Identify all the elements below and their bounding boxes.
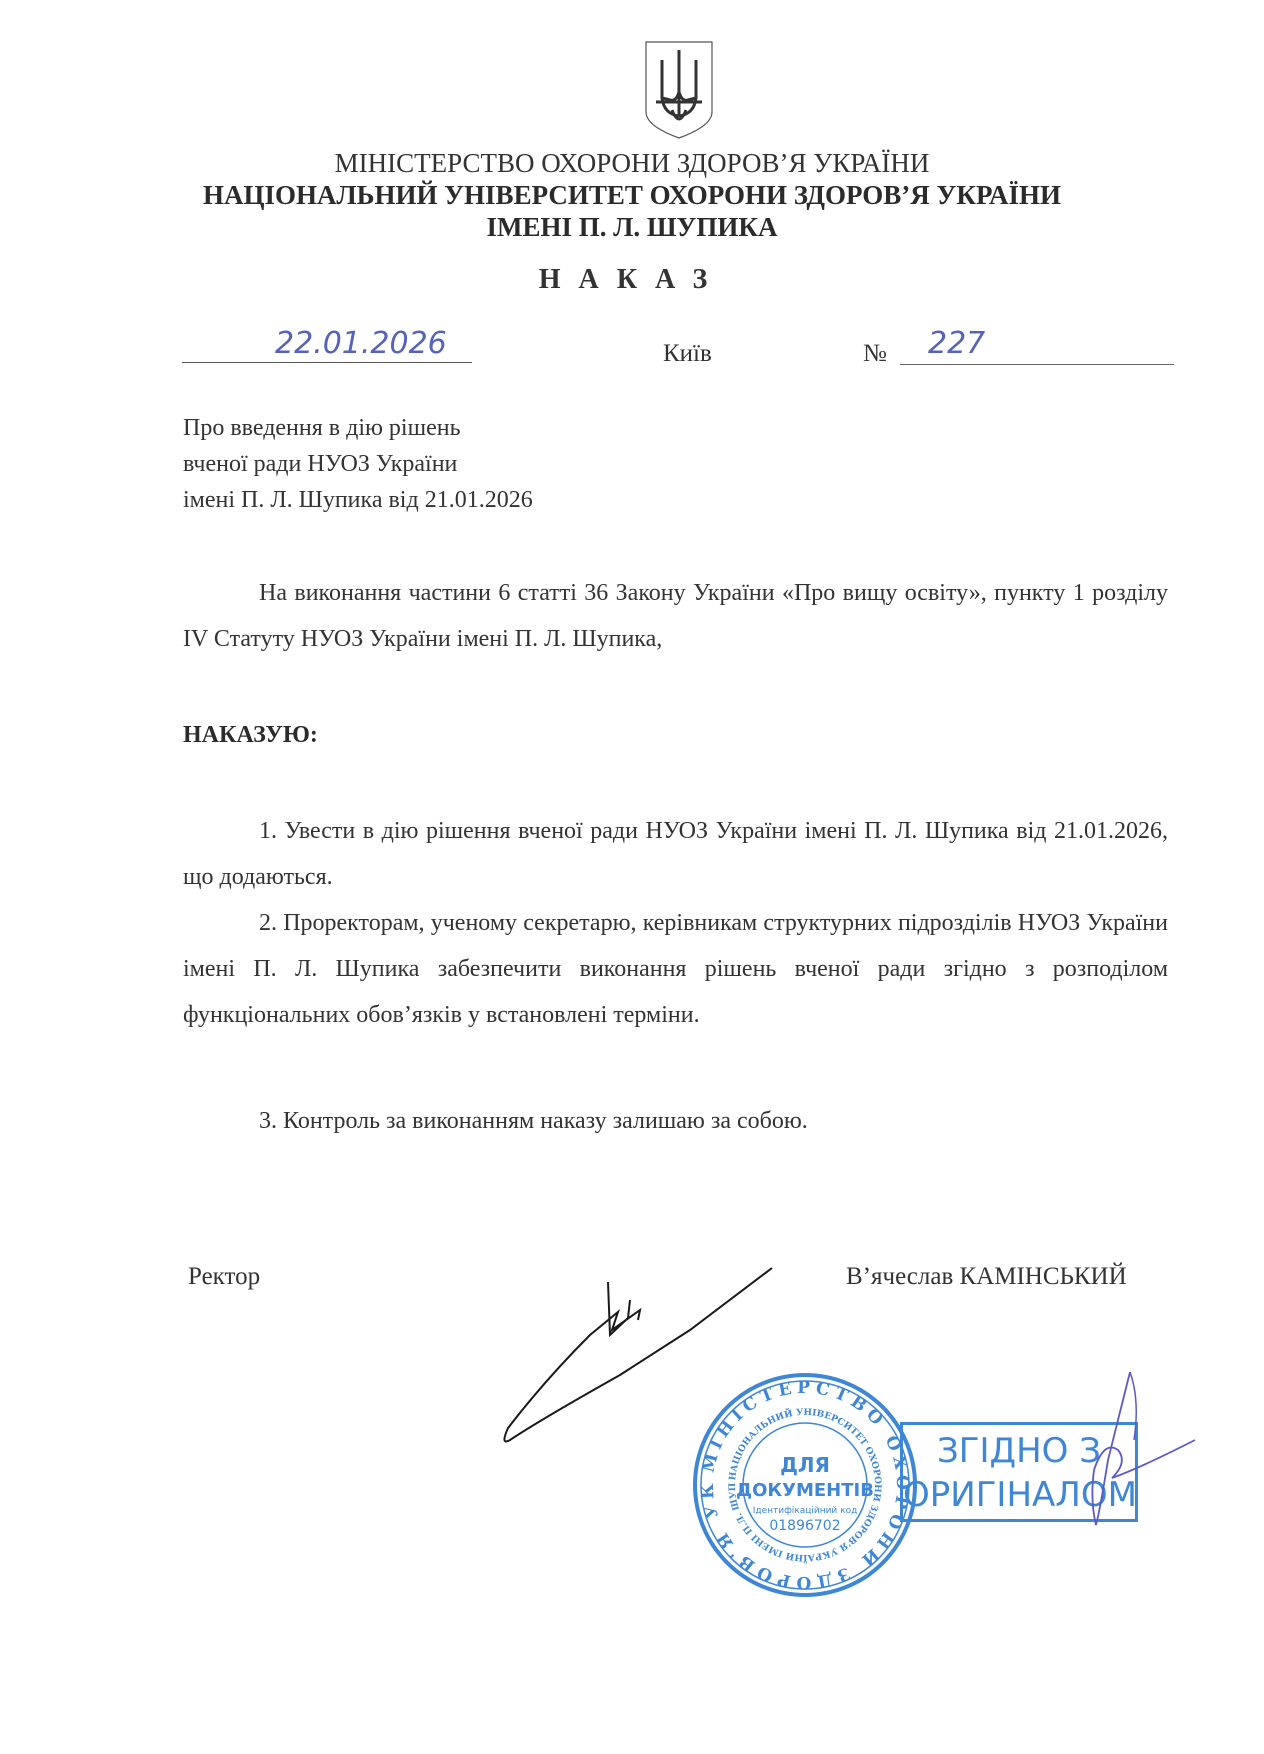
svg-text:Ідентифікаційний код: Ідентифікаційний код bbox=[753, 1506, 858, 1516]
svg-text:ДОКУМЕНТІВ: ДОКУМЕНТІВ bbox=[736, 1480, 874, 1501]
certified-line: ЗГІДНО З bbox=[903, 1429, 1135, 1473]
certified-copy-stamp: ЗГІДНО З ОРИГІНАЛОМ bbox=[900, 1422, 1138, 1522]
university-seal-stamp: МІНІСТЕРСТВО ОХОРОНИ ЗДОРОВ'Я УКРАЇНИ НА… bbox=[690, 1370, 920, 1600]
svg-text:01896702: 01896702 bbox=[769, 1518, 840, 1534]
certified-line: ОРИГІНАЛОМ bbox=[903, 1473, 1135, 1517]
svg-text:ДЛЯ: ДЛЯ bbox=[780, 1453, 830, 1477]
